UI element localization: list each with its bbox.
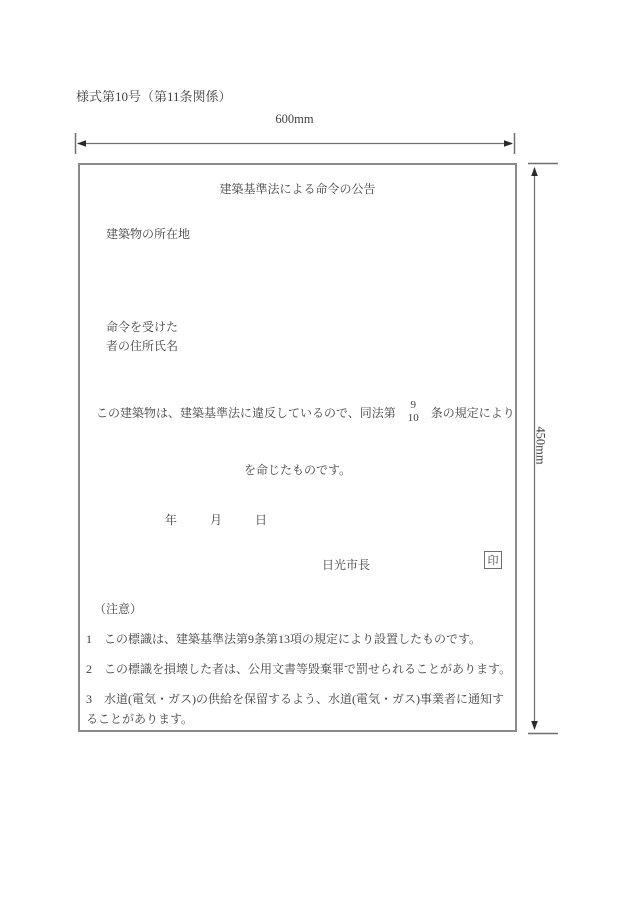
date-line: 年 月 日 <box>165 511 267 528</box>
note-2-number: 2 <box>86 662 92 676</box>
issuer-name: 日光市長 <box>322 556 370 573</box>
width-dim-left-arrow-icon <box>77 140 86 147</box>
order-statement-after: 条の規定により <box>431 404 515 421</box>
note-item-1: 1この標識は、建築基準法第9条第13項の規定により設置したものです。 <box>86 629 515 649</box>
day-label: 日 <box>255 513 267 527</box>
building-location-label: 建築物の所在地 <box>106 225 190 242</box>
note-item-2: 2この標識を損壊した者は、公用文書等毀棄罪で罰せられることがあります。 <box>86 659 515 679</box>
height-dimension-label: 450mm <box>533 426 548 464</box>
note-3-text: 水道(電気・ガス)の供給を保留するよう、水道(電気・ガス)事業者に通知することが… <box>86 692 504 726</box>
recipient-label-line1: 命令を受けた <box>106 318 178 337</box>
month-label: 月 <box>210 513 222 527</box>
order-statement-before: この建築物は、建築基準法に違反しているので、同法第 <box>96 404 396 421</box>
height-dim-up-arrow-icon <box>531 167 538 176</box>
notes-heading: （注意） <box>94 600 142 617</box>
height-dim-down-arrow-icon <box>531 721 538 730</box>
article-option-bottom: 10 <box>408 412 419 425</box>
notice-title: 建築基準法による命令の公告 <box>80 180 515 197</box>
notice-board: 建築基準法による命令の公告 建築物の所在地 命令を受けた 者の住所氏名 この建築… <box>78 163 517 732</box>
recipient-label-line2: 者の住所氏名 <box>106 337 178 356</box>
order-statement: この建築物は、建築基準法に違反しているので、同法第 9 10 条の規定により <box>96 397 515 427</box>
seal-mark: 印 <box>484 551 502 569</box>
form-page: 様式第10号（第11条関係） 600mm 450mm 建築基準法による命令の公告… <box>0 0 630 916</box>
width-dimension-label: 600mm <box>75 112 514 127</box>
article-number-options: 9 10 <box>408 399 419 425</box>
year-label: 年 <box>165 513 177 527</box>
article-option-top: 9 <box>411 399 417 412</box>
recipient-label: 命令を受けた 者の住所氏名 <box>106 318 178 356</box>
order-statement-line2: を命じたものです。 <box>80 461 515 478</box>
note-2-text: この標識を損壊した者は、公用文書等毀棄罪で罰せられることがあります。 <box>104 662 511 676</box>
note-1-text: この標識は、建築基準法第9条第13項の規定により設置したものです。 <box>104 632 481 646</box>
seal-character: 印 <box>488 552 499 568</box>
form-number-label: 様式第10号（第11条関係） <box>76 86 232 105</box>
width-dim-right-arrow-icon <box>504 140 513 147</box>
note-1-number: 1 <box>86 632 92 646</box>
note-item-3: 3水道(電気・ガス)の供給を保留するよう、水道(電気・ガス)事業者に通知すること… <box>86 689 515 729</box>
note-3-number: 3 <box>86 692 92 706</box>
